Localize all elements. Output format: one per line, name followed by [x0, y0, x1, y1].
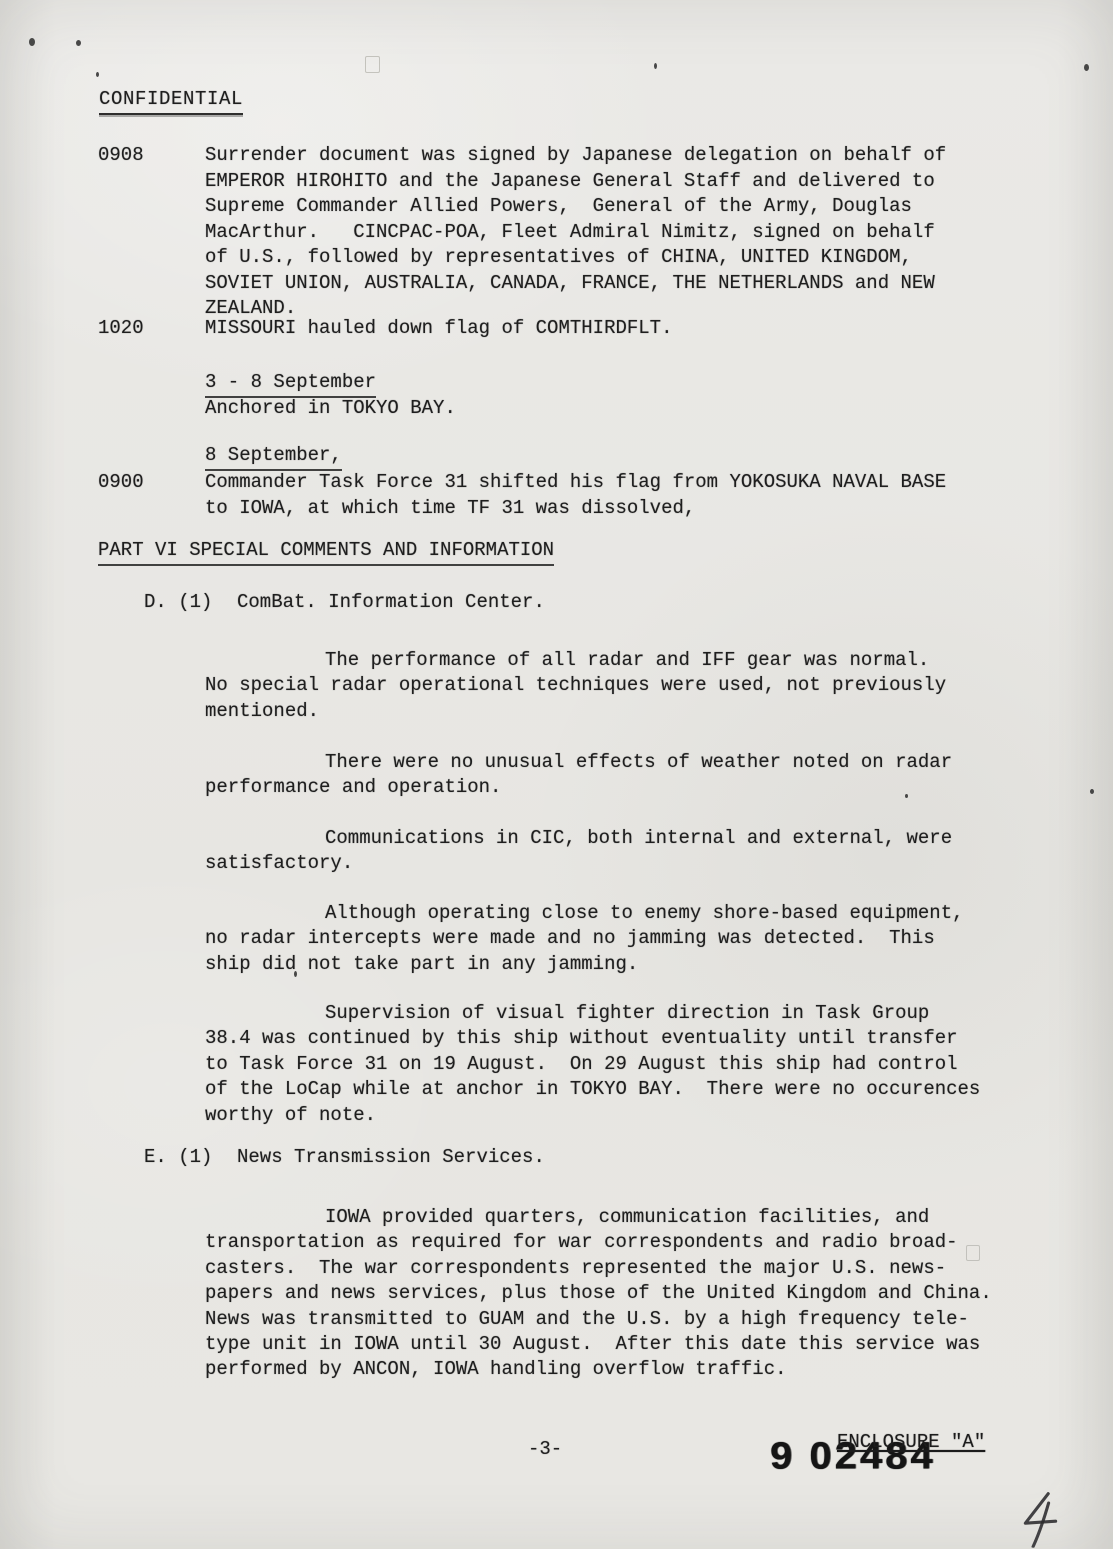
log-entry-line: MISSOURI hauled down flag of COMTHIRDFLT… — [205, 316, 672, 342]
paragraph-line: 38.4 was continued by this ship without … — [205, 1026, 958, 1052]
log-entry-line: Commander Task Force 31 shifted his flag… — [205, 470, 946, 496]
ink-speck — [905, 794, 908, 798]
paragraph-line: performed by ANCON, IOWA handling overfl… — [205, 1357, 787, 1383]
ink-speck — [96, 72, 99, 77]
date-heading: 3 - 8 September — [205, 370, 376, 398]
log-entry-time: 0908 — [98, 143, 144, 169]
subsection-label: D. (1) — [144, 590, 212, 616]
ink-speck — [76, 40, 81, 46]
subsection-title: ComBat. Information Center. — [237, 590, 545, 616]
classification-heading: CONFIDENTIAL — [99, 87, 243, 115]
log-entry-line: EMPEROR HIROHITO and the Japanese Genera… — [205, 169, 935, 195]
log-entry-line: of U.S., followed by representatives of … — [205, 245, 912, 271]
paragraph-line: mentioned. — [205, 699, 319, 725]
log-entry-line: SOVIET UNION, AUSTRALIA, CANADA, FRANCE,… — [205, 271, 935, 297]
scanned-document-page: CONFIDENTIAL PART VI SPECIAL COMMENTS AN… — [0, 0, 1113, 1549]
date-section-line: Anchored in TOKYO BAY. — [205, 396, 456, 422]
bleed-through-mark — [966, 1245, 980, 1261]
paragraph-line: ship did not take part in any jamming. — [205, 952, 638, 978]
paragraph-line: No special radar operational techniques … — [205, 673, 946, 699]
page-number: -3- — [528, 1437, 562, 1463]
date-heading: 8 September, — [205, 443, 342, 471]
log-entry-line: Surrender document was signed by Japanes… — [205, 143, 946, 169]
subsection-label: E. (1) — [144, 1145, 212, 1171]
paragraph-line: of the LoCap while at anchor in TOKYO BA… — [205, 1077, 980, 1103]
paragraph-line: transportation as required for war corre… — [205, 1230, 958, 1256]
enclosure-label: ENCLOSURE "A" — [837, 1431, 985, 1454]
part-heading: PART VI SPECIAL COMMENTS AND INFORMATION — [98, 538, 554, 566]
ink-speck — [654, 63, 657, 69]
ink-speck — [1090, 789, 1094, 794]
log-entry-line: MacArthur. CINCPAC-POA, Fleet Admiral Ni… — [205, 220, 935, 246]
paragraph-line: Supervision of visual fighter direction … — [325, 1001, 929, 1027]
paragraph-line: Communications in CIC, both internal and… — [325, 826, 952, 852]
paragraph-line: News was transmitted to GUAM and the U.S… — [205, 1307, 969, 1333]
paragraph-line: performance and operation. — [205, 775, 501, 801]
paragraph-line: to Task Force 31 on 19 August. On 29 Aug… — [205, 1052, 958, 1078]
paragraph-line: worthy of note. — [205, 1103, 376, 1129]
log-entry-line: Supreme Commander Allied Powers, General… — [205, 194, 912, 220]
ink-speck — [29, 38, 35, 46]
log-entry-line: to IOWA, at which time TF 31 was dissolv… — [205, 496, 695, 522]
paragraph-line: satisfactory. — [205, 851, 353, 877]
paragraph-line: no radar intercepts were made and no jam… — [205, 926, 935, 952]
handwritten-page-number — [1014, 1488, 1064, 1549]
paragraph-line: IOWA provided quarters, communication fa… — [325, 1205, 929, 1231]
paragraph-line: Although operating close to enemy shore-… — [325, 901, 964, 927]
paragraph-line: The performance of all radar and IFF gea… — [325, 648, 929, 674]
log-entry-time: 1020 — [98, 316, 144, 342]
paragraph-line: There were no unusual effects of weather… — [325, 750, 952, 776]
subsection-title: News Transmission Services. — [237, 1145, 545, 1171]
log-entry-time: 0900 — [98, 470, 144, 496]
paragraph-line: papers and news services, plus those of … — [205, 1281, 992, 1307]
ink-speck — [1084, 64, 1089, 71]
bleed-through-mark — [365, 56, 380, 73]
paragraph-line: casters. The war correspondents represen… — [205, 1256, 946, 1282]
handwritten-4-icon — [1014, 1488, 1064, 1549]
paragraph-line: type unit in IOWA until 30 August. After… — [205, 1332, 980, 1358]
